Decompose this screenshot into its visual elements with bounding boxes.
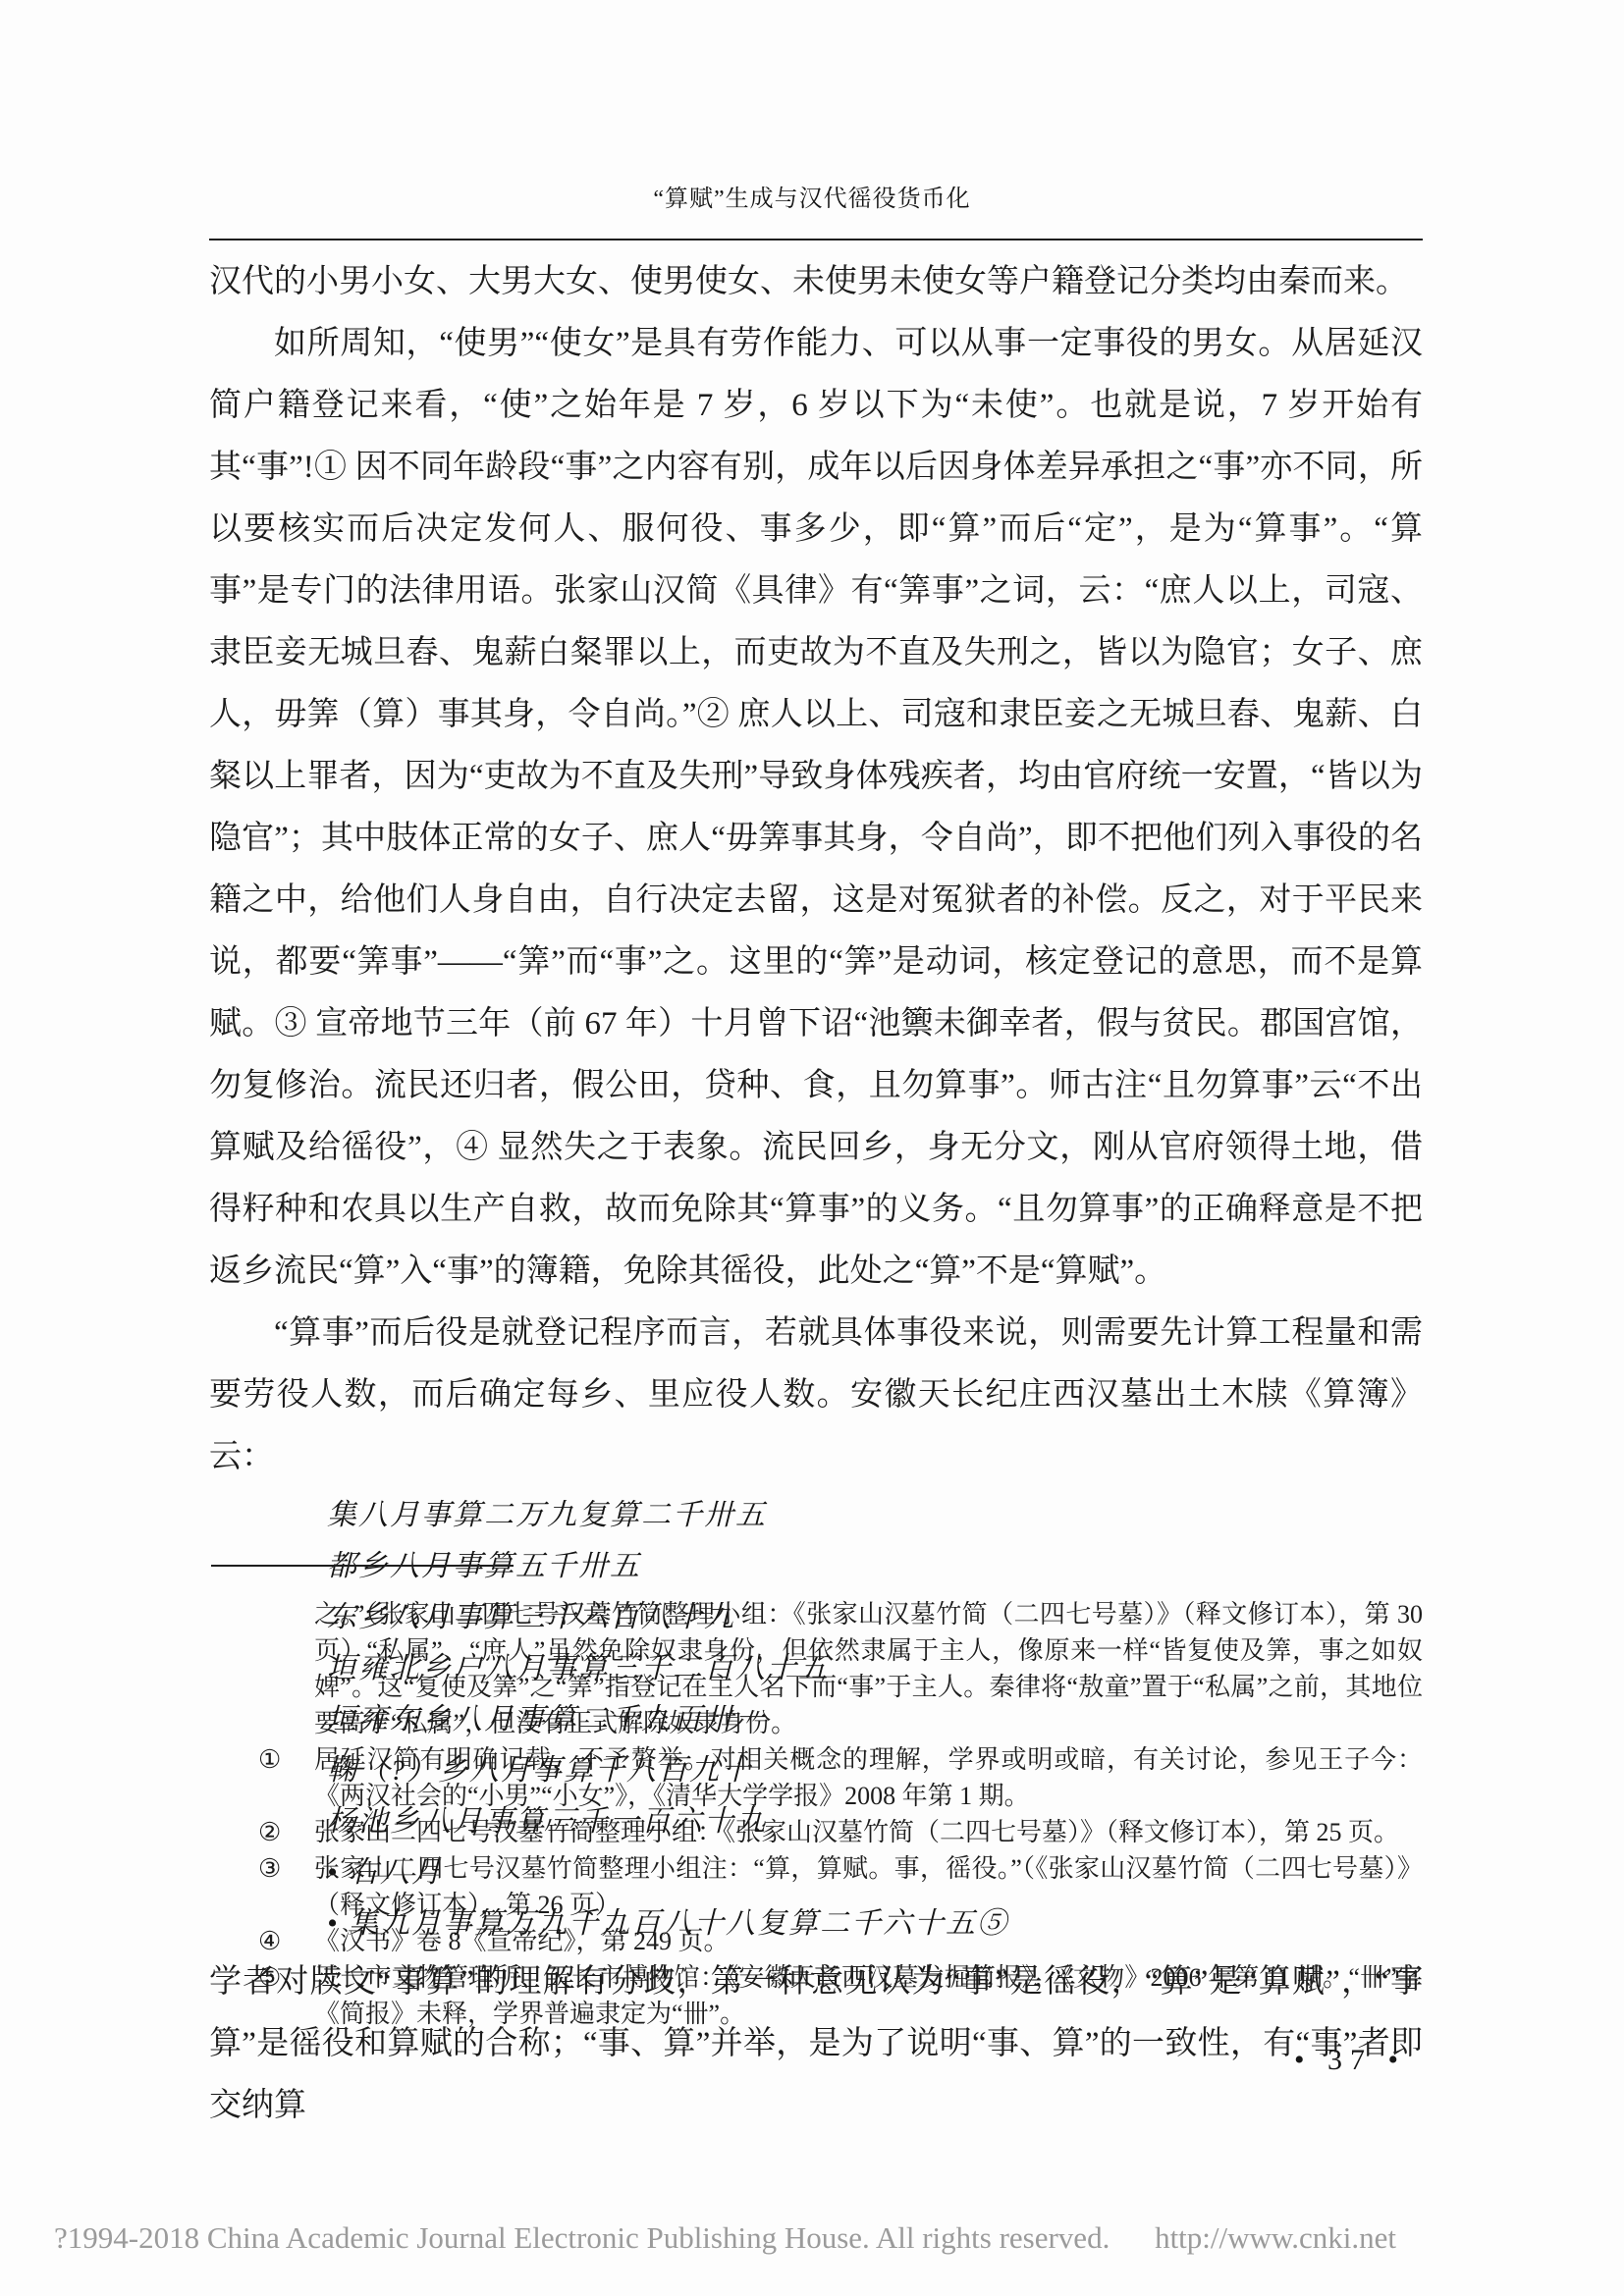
- footnote-item: ③ 张家山二四七号汉墓竹简整理小组注：“算，算赋。事，徭役。”（《张家山汉墓竹简…: [209, 1850, 1423, 1923]
- footnotes: 之。”（张家山二四七号汉墓竹简整理小组：《张家山汉墓竹简（二四七号墓）》（释文修…: [209, 1565, 1423, 2032]
- footnote-marker: ②: [258, 1814, 281, 1850]
- footnote-item: ② 张家山二四七号汉墓竹简整理小组：《张家山汉墓竹简（二四七号墓）》（释文修订本…: [209, 1814, 1423, 1850]
- paragraph: “算事”而后役是就登记程序而言，若就具体事役来说，则需要先计算工程量和需要劳役人…: [209, 1303, 1423, 1488]
- footnote-item: ① 居延汉简有明确记载，不予赘举。对相关概念的理解，学界或明或暗，有关讨论，参见…: [209, 1741, 1423, 1814]
- footnote-text: 张家山二四七号汉墓竹简整理小组注：“算，算赋。事，徭役。”（《张家山汉墓竹简（二…: [314, 1854, 1423, 1919]
- footer-url: http://www.cnki.net: [1155, 2220, 1396, 2255]
- journal-page: “算赋”生成与汉代徭役货币化 汉代的小男小女、大男大女、使男使女、未使男未使女等…: [0, 0, 1624, 2296]
- footnote-item: ④ 《汉书》卷 8《宣帝纪》，第 249 页。: [209, 1923, 1423, 1959]
- page-number: • 37 •: [1294, 2044, 1406, 2077]
- footnote-text: 《汉书》卷 8《宣帝纪》，第 249 页。: [314, 1927, 730, 1955]
- footnote-separator: [211, 1565, 514, 1567]
- footer: ?1994-2018 China Academic Journal Electr…: [54, 2220, 1605, 2256]
- running-title: “算赋”生成与汉代徭役货币化: [0, 179, 1624, 213]
- footnote-item: ⑤ 天长市文物管理所、天长市博物馆：《安徽天长西汉墓发掘简报》，《文物》2006…: [209, 1959, 1423, 2032]
- footnote-marker: ③: [258, 1850, 281, 1887]
- header-rule: [209, 239, 1423, 240]
- footnote-marker: ⑤: [258, 1959, 281, 1996]
- footnote-text: 天长市文物管理所、天长市博物馆：《安徽天长西汉墓发掘简报》，《文物》2006 年…: [314, 1963, 1423, 2028]
- footnote-text: 居延汉简有明确记载，不予赘举。对相关概念的理解，学界或明或暗，有关讨论，参见王子…: [314, 1745, 1423, 1810]
- footnote-marker: ④: [258, 1923, 281, 1959]
- footnote-continuation: 之。”（张家山二四七号汉墓竹简整理小组：《张家山汉墓竹简（二四七号墓）》（释文修…: [209, 1596, 1423, 1741]
- footer-copyright: ?1994-2018 China Academic Journal Electr…: [54, 2220, 1110, 2255]
- footnote-marker: ①: [258, 1741, 281, 1778]
- paragraph: 汉代的小男小女、大男大女、使男使女、未使男未使女等户籍登记分类均由秦而来。: [209, 251, 1423, 313]
- footnote-text: 张家山二四七号汉墓竹简整理小组：《张家山汉墓竹简（二四七号墓）》（释文修订本），…: [314, 1818, 1399, 1846]
- quote-line: 集八月事算二万九复算二千卅五: [327, 1490, 1423, 1541]
- paragraph: 如所周知，“使男”“使女”是具有劳作能力、可以从事一定事役的男女。从居延汉简户籍…: [209, 313, 1423, 1303]
